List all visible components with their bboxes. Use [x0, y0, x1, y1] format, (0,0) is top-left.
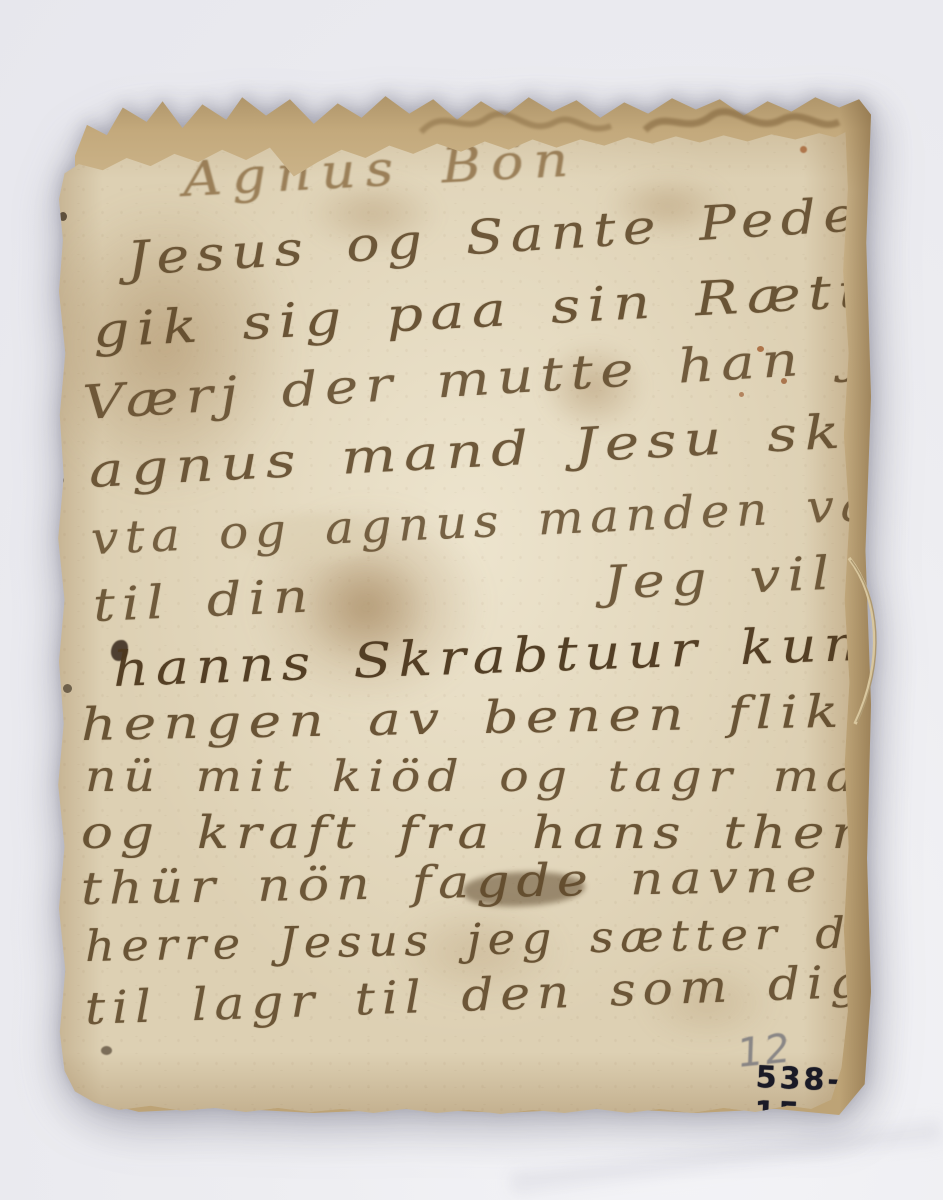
manuscript-line: nü mit kiöd og tagr mag [85, 752, 900, 802]
backdrop-crease [509, 1114, 943, 1200]
photo-backdrop: Agnus Bön Jesus og Sante Peder gik sig p… [0, 0, 943, 1200]
handwriting-layer: Agnus Bön Jesus og Sante Peder gik sig p… [55, 86, 851, 1114]
manuscript-booklet: Agnus Bön Jesus og Sante Peder gik sig p… [55, 86, 871, 1118]
manuscript-page: Agnus Bön Jesus og Sante Peder gik sig p… [55, 86, 851, 1114]
edge-speck-2 [57, 476, 64, 484]
